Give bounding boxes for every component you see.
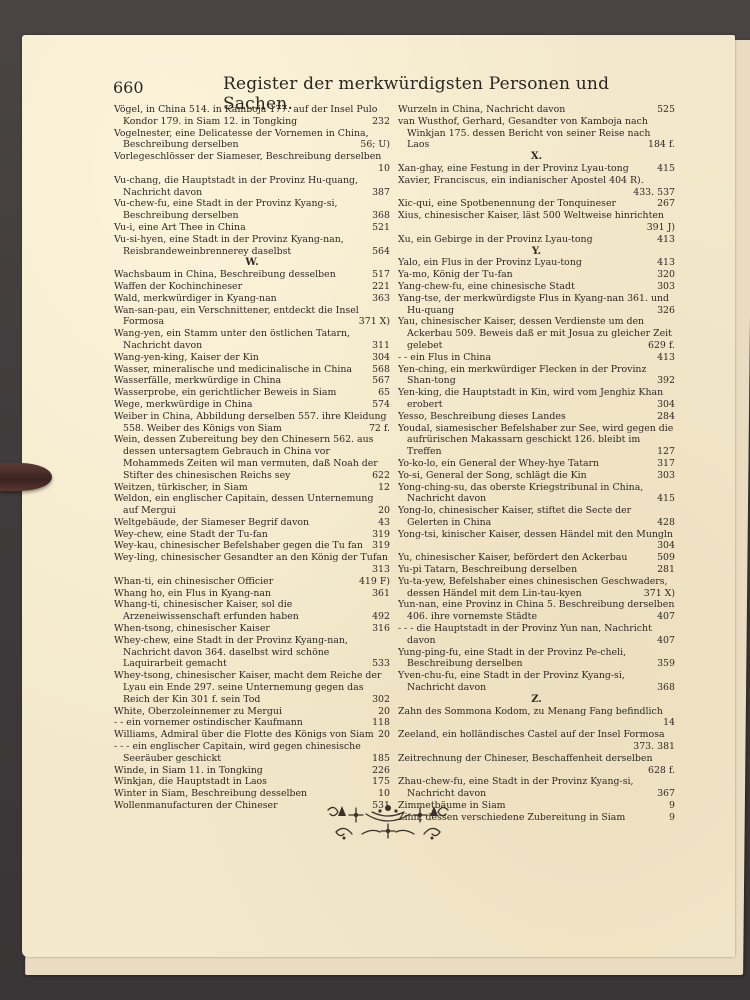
entry-text: Yu-pi Tatarn, Beschreibung derselben xyxy=(398,564,577,575)
page-reference: 281 xyxy=(653,564,675,576)
index-entry: Wasserprobe, ein gerichtlicher Beweis in… xyxy=(114,387,390,399)
page-reference: 387 xyxy=(368,187,390,199)
entry-text: Williams, Admiral über die Flotte des Kö… xyxy=(114,729,374,740)
page-reference: 319 xyxy=(368,529,390,541)
page-reference: 20 xyxy=(374,706,390,718)
page-reference: 392 xyxy=(653,375,675,387)
entry-text: Xu, ein Gebirge in der Provinz Lyau-tong xyxy=(398,234,593,245)
page-reference: 415 xyxy=(653,493,675,505)
entry-text: Vu-chew-fu, eine Stadt in der Provinz Ky… xyxy=(114,198,338,221)
index-entry: Whan-ti, ein chinesischer Officier419 F) xyxy=(114,576,390,588)
index-entry: Wald, merkwürdiger in Kyang-nan363 xyxy=(114,293,390,305)
page-reference: 311 xyxy=(368,340,390,352)
index-entry: Weiber in China, Abbildung derselben 557… xyxy=(114,411,390,435)
entry-text: Wachsbaum in China, Beschreibung desselb… xyxy=(114,269,336,280)
entry-text: Wurzeln in China, Nachricht davon xyxy=(398,104,565,115)
index-entry: Youdal, siamesischer Befelshaber zur See… xyxy=(398,423,675,458)
index-entry: Yo-ko-lo, ein General der Whey-hye Tatar… xyxy=(398,458,675,470)
page-reference: 371 X) xyxy=(640,588,675,600)
index-entry: - - - die Hauptstadt in der Provinz Yun … xyxy=(398,623,675,647)
index-entry: Vu-chew-fu, eine Stadt in der Provinz Ky… xyxy=(114,198,390,222)
page-reference: 20 xyxy=(374,729,390,741)
index-column-right: Wurzeln in China, Nachricht davon525van … xyxy=(398,104,675,824)
page-reference: 313 xyxy=(368,564,390,576)
page-reference: 371 X) xyxy=(355,316,390,328)
entry-text: Wasserprobe, ein gerichtlicher Beweis in… xyxy=(114,387,336,398)
entry-text: Vorlegeschlösser der Siameser, Beschreib… xyxy=(114,151,381,162)
entry-text: Yang-tse, der merkwürdigste Flus in Kyan… xyxy=(398,293,669,316)
index-entry: - - ein Flus in China413 xyxy=(398,352,675,364)
index-entry: van Wusthof, Gerhard, Gesandter von Kamb… xyxy=(398,116,675,151)
page-reference: 407 xyxy=(653,635,675,647)
index-entry: Vorlegeschlösser der Siameser, Beschreib… xyxy=(114,151,390,175)
page-reference: 368 xyxy=(653,682,675,694)
entry-text: Vögel, in China 514. in Kamboja 177. auf… xyxy=(114,104,377,127)
page-reference: 304 xyxy=(653,540,675,552)
entry-text: Waffen der Kochinchineser xyxy=(114,281,242,292)
page-number: 660 xyxy=(113,78,144,97)
page-reference: 284 xyxy=(653,411,675,423)
entry-text: Whey-tsong, chinesischer Kaiser, macht d… xyxy=(114,670,381,705)
entry-text: Yesso, Beschreibung dieses Landes xyxy=(398,411,566,422)
entry-text: Wey-ling, chinesischer Gesandter an den … xyxy=(114,552,388,563)
index-entry: Wey-chew, eine Stadt der Tu-fan319 xyxy=(114,529,390,541)
entry-text: Wey-chew, eine Stadt der Tu-fan xyxy=(114,529,268,540)
page-reference: 622 xyxy=(368,470,390,482)
index-entry: Zhau-chew-fu, eine Stadt in der Provinz … xyxy=(398,776,675,800)
entry-text: Wein, dessen Zubereitung bey den Chinese… xyxy=(114,434,378,480)
index-entry: Yven-chu-fu, eine Stadt in der Provinz K… xyxy=(398,670,675,694)
page-reference: 185 xyxy=(368,753,390,765)
index-entry: Zahn des Sommona Kodom, zu Menang Fang b… xyxy=(398,706,675,730)
index-entry: Yu, chinesischer Kaiser, befördert den A… xyxy=(398,552,675,564)
entry-text: Yen-ching, ein merkwürdiger Flecken in d… xyxy=(398,364,646,387)
page-reference: 304 xyxy=(653,399,675,411)
index-entry: Whey-tsong, chinesischer Kaiser, macht d… xyxy=(114,670,390,705)
page-reference: 65 xyxy=(374,387,390,399)
entry-text: Ya-mo, König der Tu-fan xyxy=(398,269,513,280)
page-reference: 221 xyxy=(368,281,390,293)
page-reference: 14 xyxy=(659,717,675,729)
index-entry: Yau, chinesischer Kaiser, dessen Verdien… xyxy=(398,316,675,351)
entry-text: Yu, chinesischer Kaiser, befördert den A… xyxy=(398,552,627,563)
index-entry: Winkjan, die Hauptstadt in Laos175 xyxy=(114,776,390,788)
entry-text: Wang-yen, ein Stamm unter den östlichen … xyxy=(114,328,350,351)
entry-text: Yen-king, die Hauptstadt in Kin, wird vo… xyxy=(398,387,663,410)
page-reference: 12 xyxy=(374,482,390,494)
index-entry: Yo-si, General der Song, schlägt die Kin… xyxy=(398,470,675,482)
entry-text: Wege, merkwürdige in China xyxy=(114,399,252,410)
entry-text: Wasser, mineralische und medicinalische … xyxy=(114,364,352,375)
page-reference: 303 xyxy=(653,470,675,482)
entry-text: White, Oberzoleinnemer zu Mergui xyxy=(114,706,282,717)
page-reference: 267 xyxy=(653,198,675,210)
index-entry: Vu-si-hyen, eine Stadt in der Provinz Ky… xyxy=(114,234,390,258)
entry-text: Winkjan, die Hauptstadt in Laos xyxy=(114,776,267,787)
index-entry: Yong-tsi, kinischer Kaiser, dessen Hände… xyxy=(398,529,675,553)
index-entry: Winde, in Siam 11. in Tongking226 xyxy=(114,765,390,777)
index-entry: Wey-kau, chinesischer Befelshaber gegen … xyxy=(114,540,390,552)
page-reference: 302 xyxy=(368,694,390,706)
index-entry: Wasser, mineralische und medicinalische … xyxy=(114,364,390,376)
entry-text: Yo-ko-lo, ein General der Whey-hye Tatar… xyxy=(398,458,599,469)
page-reference: 304 xyxy=(368,352,390,364)
index-entry: Vögel, in China 514. in Kamboja 177. auf… xyxy=(114,104,390,128)
index-entry: Yung-ping-fu, eine Stadt in der Provinz … xyxy=(398,647,675,671)
entry-text: Vogelnester, eine Delicatesse der Vornem… xyxy=(114,128,369,151)
entry-text: Yung-ping-fu, eine Stadt in der Provinz … xyxy=(398,647,626,670)
index-entry: Xic-qui, eine Spotbenennung der Tonquine… xyxy=(398,198,675,210)
index-entry: Yen-king, die Hauptstadt in Kin, wird vo… xyxy=(398,387,675,411)
entry-text: Whan-ti, ein chinesischer Officier xyxy=(114,576,273,587)
entry-text: Whey-chew, eine Stadt in der Provinz Kya… xyxy=(114,635,348,670)
entry-text: Zeitrechnung der Chineser, Beschaffenhei… xyxy=(398,753,653,764)
index-entry: Whang ho, ein Flus in Kyang-nan361 xyxy=(114,588,390,600)
index-entry: White, Oberzoleinnemer zu Mergui20 xyxy=(114,706,390,718)
page-reference: 127 xyxy=(653,446,675,458)
page-reference: 316 xyxy=(368,623,390,635)
decorative-ornament-icon xyxy=(322,800,454,842)
page-header: 660 Register der merkwürdigsten Personen… xyxy=(113,74,673,100)
entry-text: Wey-kau, chinesischer Befelshaber gegen … xyxy=(114,540,363,551)
entry-text: - - - die Hauptstadt in der Provinz Yun … xyxy=(398,623,652,646)
page-reference: 361 xyxy=(368,588,390,600)
index-entry: When-tsong, chinesischer Kaiser316 xyxy=(114,623,390,635)
page-reference: 433. 537 xyxy=(629,187,675,199)
page-reference: 367 xyxy=(653,788,675,800)
entry-text: Yun-nan, eine Provinz in China 5. Beschr… xyxy=(398,599,674,622)
page-reference: 226 xyxy=(368,765,390,777)
entry-text: Yau, chinesischer Kaiser, dessen Verdien… xyxy=(398,316,672,351)
index-entry: Wachsbaum in China, Beschreibung desselb… xyxy=(114,269,390,281)
entry-text: - - ein Flus in China xyxy=(398,352,491,363)
page-reference: 419 F) xyxy=(355,576,390,588)
entry-text: Whang ho, ein Flus in Kyang-nan xyxy=(114,588,271,599)
index-entry: Waffen der Kochinchineser221 xyxy=(114,281,390,293)
index-entry: Wan-san-pau, ein Verschnittener, entdeck… xyxy=(114,305,390,329)
index-entry: Whang-ti, chinesischer Kaiser, sol die A… xyxy=(114,599,390,623)
section-letter: Z. xyxy=(398,694,675,706)
index-entry: Xan-ghay, eine Festung in der Provinz Ly… xyxy=(398,163,675,175)
page-reference: 43 xyxy=(374,517,390,529)
entry-text: Weitzen, türkischer, in Siam xyxy=(114,482,248,493)
entry-text: Xan-ghay, eine Festung in der Provinz Ly… xyxy=(398,163,629,174)
page-reference: 628 f. xyxy=(644,765,675,777)
page-reference: 10 xyxy=(374,788,390,800)
entry-text: Wald, merkwürdiger in Kyang-nan xyxy=(114,293,277,304)
entry-text: Youdal, siamesischer Befelshaber zur See… xyxy=(398,423,673,458)
index-entry: Zeitrechnung der Chineser, Beschaffenhei… xyxy=(398,753,675,777)
page-reference: 391 J) xyxy=(643,222,675,234)
page-reference: 232 xyxy=(368,116,390,128)
index-entry: Yalo, ein Flus in der Provinz Lyau-tong4… xyxy=(398,257,675,269)
page-reference: 9 xyxy=(665,812,675,824)
entry-text: Yong-ching-su, das oberste Kriegstribuna… xyxy=(398,482,643,505)
entry-text: Yong-tsi, kinischer Kaiser, dessen Hände… xyxy=(398,529,673,540)
index-entry: Yen-ching, ein merkwürdiger Flecken in d… xyxy=(398,364,675,388)
index-entry: Wege, merkwürdige in China574 xyxy=(114,399,390,411)
entry-text: Weiber in China, Abbildung derselben 557… xyxy=(114,411,387,434)
index-entry: Yong-ching-su, das oberste Kriegstribuna… xyxy=(398,482,675,506)
index-entry: - - ein vornemer ostindischer Kaufmann11… xyxy=(114,717,390,729)
index-entry: Yu-ta-yew, Befelshaber eines chinesische… xyxy=(398,576,675,600)
entry-text: Wan-san-pau, ein Verschnittener, entdeck… xyxy=(114,305,359,328)
index-entry: Zeeland, ein holländisches Castel auf de… xyxy=(398,729,675,753)
index-entry: Xu, ein Gebirge in der Provinz Lyau-tong… xyxy=(398,234,675,246)
page-reference: 407 xyxy=(653,611,675,623)
index-entry: - - - ein englischer Capitain, wird gege… xyxy=(114,741,390,765)
index-entry: Whey-chew, eine Stadt in der Provinz Kya… xyxy=(114,635,390,670)
index-entry: Weitzen, türkischer, in Siam12 xyxy=(114,482,390,494)
index-entry: Wurzeln in China, Nachricht davon525 xyxy=(398,104,675,116)
page-reference: 363 xyxy=(368,293,390,305)
entry-text: Xavier, Franciscus, ein indianischer Apo… xyxy=(398,175,644,186)
index-entry: Winter in Siam, Beschreibung desselben10 xyxy=(114,788,390,800)
page-reference: 368 xyxy=(368,210,390,222)
entry-text: Xius, chinesischer Kaiser, läst 500 Welt… xyxy=(398,210,664,221)
page-reference: 521 xyxy=(368,222,390,234)
page-reference: 359 xyxy=(653,658,675,670)
entry-text: Winde, in Siam 11. in Tongking xyxy=(114,765,263,776)
entry-text: Yo-si, General der Song, schlägt die Kin xyxy=(398,470,587,481)
page-reference: 373. 381 xyxy=(629,741,675,753)
entry-text: Yong-lo, chinesischer Kaiser, stiftet di… xyxy=(398,505,631,528)
entry-text: - - ein vornemer ostindischer Kaufmann xyxy=(114,717,303,728)
entry-text: Vu-si-hyen, eine Stadt in der Provinz Ky… xyxy=(114,234,344,257)
section-letter: Y. xyxy=(398,246,675,258)
page-reference: 413 xyxy=(653,234,675,246)
index-entry: Ya-mo, König der Tu-fan320 xyxy=(398,269,675,281)
entry-text: Yu-ta-yew, Befelshaber eines chinesische… xyxy=(398,576,668,599)
index-entry: Yun-nan, eine Provinz in China 5. Beschr… xyxy=(398,599,675,623)
page-reference: 525 xyxy=(653,104,675,116)
entry-text: Wollenmanufacturen der Chineser xyxy=(114,800,278,811)
entry-text: Wasserfälle, merkwürdige in China xyxy=(114,375,281,386)
index-entry: Yesso, Beschreibung dieses Landes284 xyxy=(398,411,675,423)
page-reference: 492 xyxy=(368,611,390,623)
entry-text: When-tsong, chinesischer Kaiser xyxy=(114,623,270,634)
page-reference: 568 xyxy=(368,364,390,376)
entry-text: Winter in Siam, Beschreibung desselben xyxy=(114,788,307,799)
entry-text: Vu-i, eine Art Thee in China xyxy=(114,222,246,233)
index-entry: Xavier, Franciscus, ein indianischer Apo… xyxy=(398,175,675,199)
entry-text: Whang-ti, chinesischer Kaiser, sol die A… xyxy=(114,599,299,622)
page-reference: 317 xyxy=(653,458,675,470)
entry-text: Weltgebäude, der Siameser Begrif davon xyxy=(114,517,309,528)
index-entry: Wang-yen-king, Kaiser der Kin304 xyxy=(114,352,390,364)
entry-text: - - - ein englischer Capitain, wird gege… xyxy=(114,741,361,764)
page-reference: 517 xyxy=(368,269,390,281)
index-column-left: Vögel, in China 514. in Kamboja 177. auf… xyxy=(114,104,390,812)
page-reference: 20 xyxy=(374,505,390,517)
entry-text: Yang-chew-fu, eine chinesische Stadt xyxy=(398,281,575,292)
page-reference: 72 f. xyxy=(365,423,390,435)
page-reference: 629 f. xyxy=(644,340,675,352)
index-entry: Vogelnester, eine Delicatesse der Vornem… xyxy=(114,128,390,152)
page-reference: 175 xyxy=(368,776,390,788)
page-reference: 320 xyxy=(653,269,675,281)
entry-text: Wang-yen-king, Kaiser der Kin xyxy=(114,352,259,363)
page-reference: 56; U) xyxy=(356,139,390,151)
index-entry: Wein, dessen Zubereitung bey den Chinese… xyxy=(114,434,390,481)
index-entry: Xius, chinesischer Kaiser, läst 500 Welt… xyxy=(398,210,675,234)
page-reference: 319 xyxy=(368,540,390,552)
page-reference: 533 xyxy=(368,658,390,670)
index-entry: Vu-chang, die Hauptstadt in der Provinz … xyxy=(114,175,390,199)
page-reference: 118 xyxy=(368,717,390,729)
page-reference: 574 xyxy=(368,399,390,411)
index-entry: Weldon, ein englischer Capitain, dessen … xyxy=(114,493,390,517)
index-entry: Weltgebäude, der Siameser Begrif davon43 xyxy=(114,517,390,529)
entry-text: Yven-chu-fu, eine Stadt in der Provinz K… xyxy=(398,670,625,693)
index-entry: Wang-yen, ein Stamm unter den östlichen … xyxy=(114,328,390,352)
page-reference: 303 xyxy=(653,281,675,293)
page-reference: 564 xyxy=(368,246,390,258)
entry-text: van Wusthof, Gerhard, Gesandter von Kamb… xyxy=(398,116,650,151)
entry-text: Zhau-chew-fu, eine Stadt in der Provinz … xyxy=(398,776,633,799)
entry-text: Xic-qui, eine Spotbenennung der Tonquine… xyxy=(398,198,616,209)
index-entry: Wasserfälle, merkwürdige in China567 xyxy=(114,375,390,387)
entry-text: Zeeland, ein holländisches Castel auf de… xyxy=(398,729,665,740)
page-reference: 567 xyxy=(368,375,390,387)
section-letter: X. xyxy=(398,151,675,163)
page-reference: 413 xyxy=(653,352,675,364)
page-reference: 10 xyxy=(374,163,390,175)
index-entry: Wey-ling, chinesischer Gesandter an den … xyxy=(114,552,390,576)
entry-text: Weldon, ein englischer Capitain, dessen … xyxy=(114,493,373,516)
entry-text: Vu-chang, die Hauptstadt in der Provinz … xyxy=(114,175,358,198)
page-reference: 413 xyxy=(653,257,675,269)
page-reference: 184 f. xyxy=(644,139,675,151)
index-entry: Yang-chew-fu, eine chinesische Stadt303 xyxy=(398,281,675,293)
entry-text: Zahn des Sommona Kodom, zu Menang Fang b… xyxy=(398,706,663,717)
index-entry: Vu-i, eine Art Thee in China521 xyxy=(114,222,390,234)
page-reference: 415 xyxy=(653,163,675,175)
entry-text: Yalo, ein Flus in der Provinz Lyau-tong xyxy=(398,257,582,268)
index-entry: Yang-tse, der merkwürdigste Flus in Kyan… xyxy=(398,293,675,317)
index-entry: Yong-lo, chinesischer Kaiser, stiftet di… xyxy=(398,505,675,529)
section-letter: W. xyxy=(114,257,390,269)
page-reference: 9 xyxy=(665,800,675,812)
page-reference: 326 xyxy=(653,305,675,317)
page-reference: 509 xyxy=(653,552,675,564)
index-entry: Williams, Admiral über die Flotte des Kö… xyxy=(114,729,390,741)
index-entry: Yu-pi Tatarn, Beschreibung derselben281 xyxy=(398,564,675,576)
page-reference: 428 xyxy=(653,517,675,529)
